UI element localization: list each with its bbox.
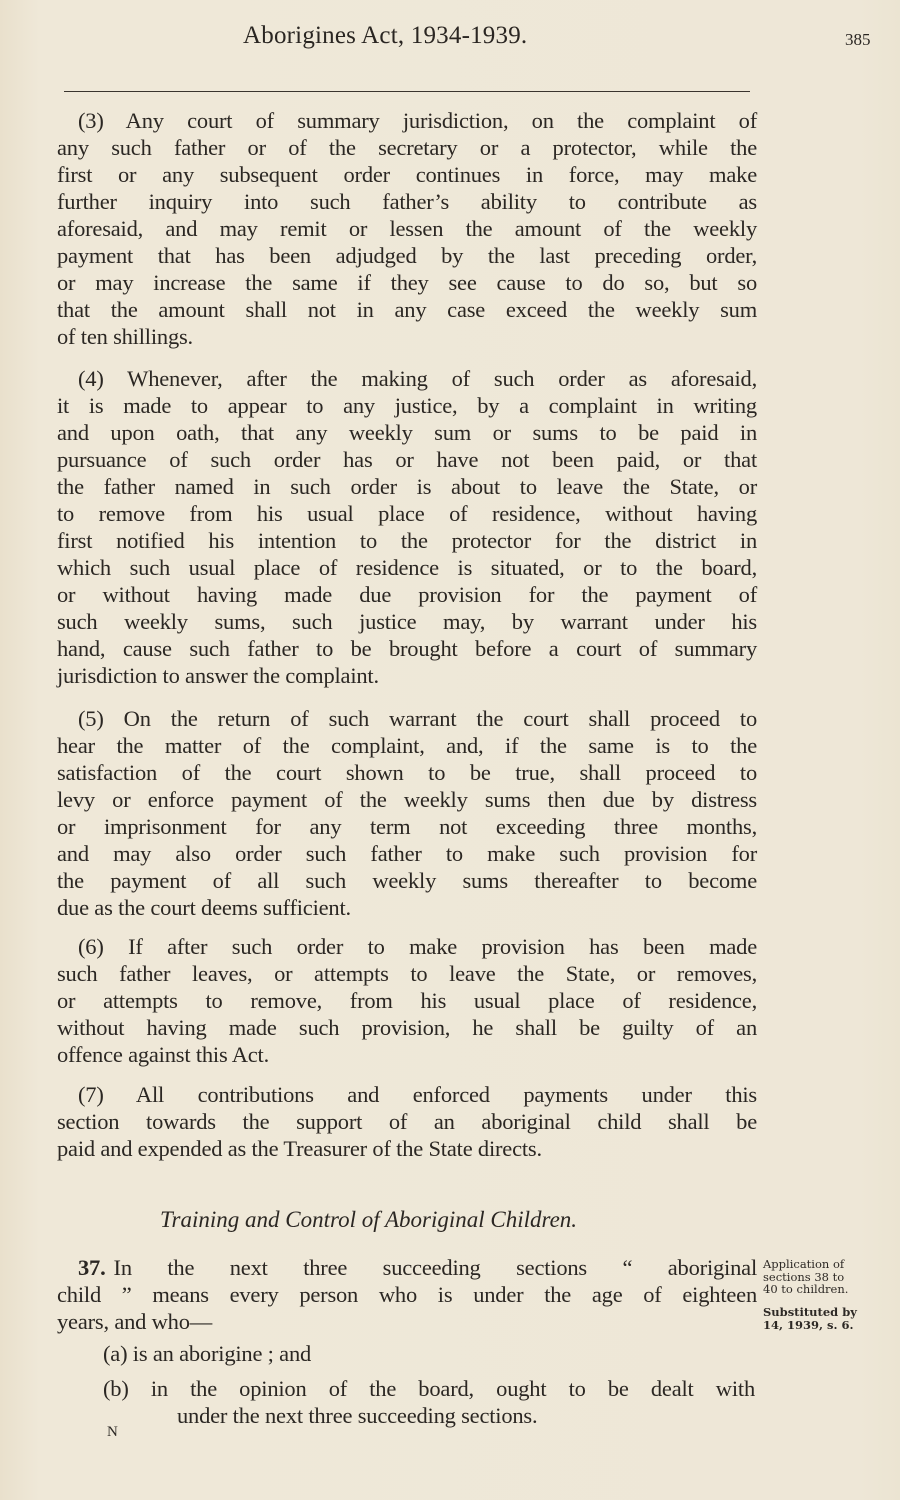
marginal-line: Application of [763,1258,873,1271]
text-line: or may increase the same if they see cau… [57,269,757,296]
running-head-title: Aborigines Act, 1934-1939. [243,22,527,50]
document-page: Aborigines Act, 1934-1939. 385 (3) Any c… [0,0,900,1500]
text-line: paid and expended as the Treasurer of th… [57,1135,757,1162]
text-line: such weekly sums, such justice may, by w… [57,608,757,635]
text-line: (3) Any court of summary jurisdiction, o… [78,107,757,134]
text-line: of ten shillings. [57,323,757,350]
text-line: first notified his intention to the prot… [57,527,757,554]
text-line: due as the court deems sufficient. [57,894,757,921]
text-line: aforesaid, and may remit or lessen the a… [57,215,757,242]
text-line: jurisdiction to answer the complaint. [57,662,757,689]
text-line: section towards the support of an aborig… [57,1108,757,1135]
marginal-line: 14, 1939, s. 6. [763,1319,873,1332]
header-rule [64,91,750,92]
text-line: (5) On the return of such warrant the co… [78,705,757,732]
signature-mark: N [107,1424,118,1441]
text-line: hear the matter of the complaint, and, i… [57,732,757,759]
text-line: (7) All contributions and enforced payme… [78,1081,757,1108]
text-line: (6) If after such order to make provisio… [78,933,757,960]
text-line: such father leaves, or attempts to leave… [57,960,757,987]
text-line: any such father or of the secretary or a… [57,134,757,161]
text-line: and may also order such father to make s… [57,840,757,867]
text-line: child ” means every person who is under … [57,1281,757,1308]
text-line: years, and who— [57,1308,757,1335]
list-item-b-continuation: under the next three succeeding sections… [177,1402,755,1429]
section-heading: Training and Control of Aboriginal Child… [160,1207,577,1233]
marginal-line: 40 to children. [763,1283,873,1296]
text-line: without having made such provision, he s… [57,1014,757,1041]
text-line: and upon oath, that any weekly sum or su… [57,419,757,446]
text-line: or without having made due provision for… [57,581,757,608]
text-line: levy or enforce payment of the weekly su… [57,786,757,813]
section-37-first-line: 37. In the next three succeeding section… [78,1254,757,1281]
list-item-b: (b) in the opinion of the board, ought t… [103,1375,755,1402]
text-line: the payment of all such weekly sums ther… [57,867,757,894]
text-line: the father named in such order is about … [57,473,757,500]
text-line: offence against this Act. [57,1041,757,1068]
marginal-note-application: Application of sections 38 to 40 to chil… [763,1258,873,1296]
text-line: which such usual place of residence is s… [57,554,757,581]
text-line: (4) Whenever, after the making of such o… [78,365,757,392]
text-line: In the next three succeeding sections “ … [114,1254,757,1281]
marginal-line: Substituted by [763,1306,873,1319]
text-line: further inquiry into such father’s abili… [57,188,757,215]
list-item-a: (a) is an aborigine ; and [103,1340,755,1367]
text-line: hand, cause such father to be brought be… [57,635,757,662]
text-line: payment that has been adjudged by the la… [57,242,757,269]
marginal-note-substituted: Substituted by 14, 1939, s. 6. [763,1306,873,1331]
section-number: 37. [78,1254,106,1281]
text-line: it is made to appear to any justice, by … [57,392,757,419]
text-line: that the amount shall not in any case ex… [57,296,757,323]
text-line: pursuance of such order has or have not … [57,446,757,473]
text-line: or imprisonment for any term not exceedi… [57,813,757,840]
page-number: 385 [845,30,871,50]
text-line: to remove from his usual place of reside… [57,500,757,527]
text-line: satisfaction of the court shown to be tr… [57,759,757,786]
text-line: or attempts to remove, from his usual pl… [57,987,757,1014]
text-line: first or any subsequent order continues … [57,161,757,188]
